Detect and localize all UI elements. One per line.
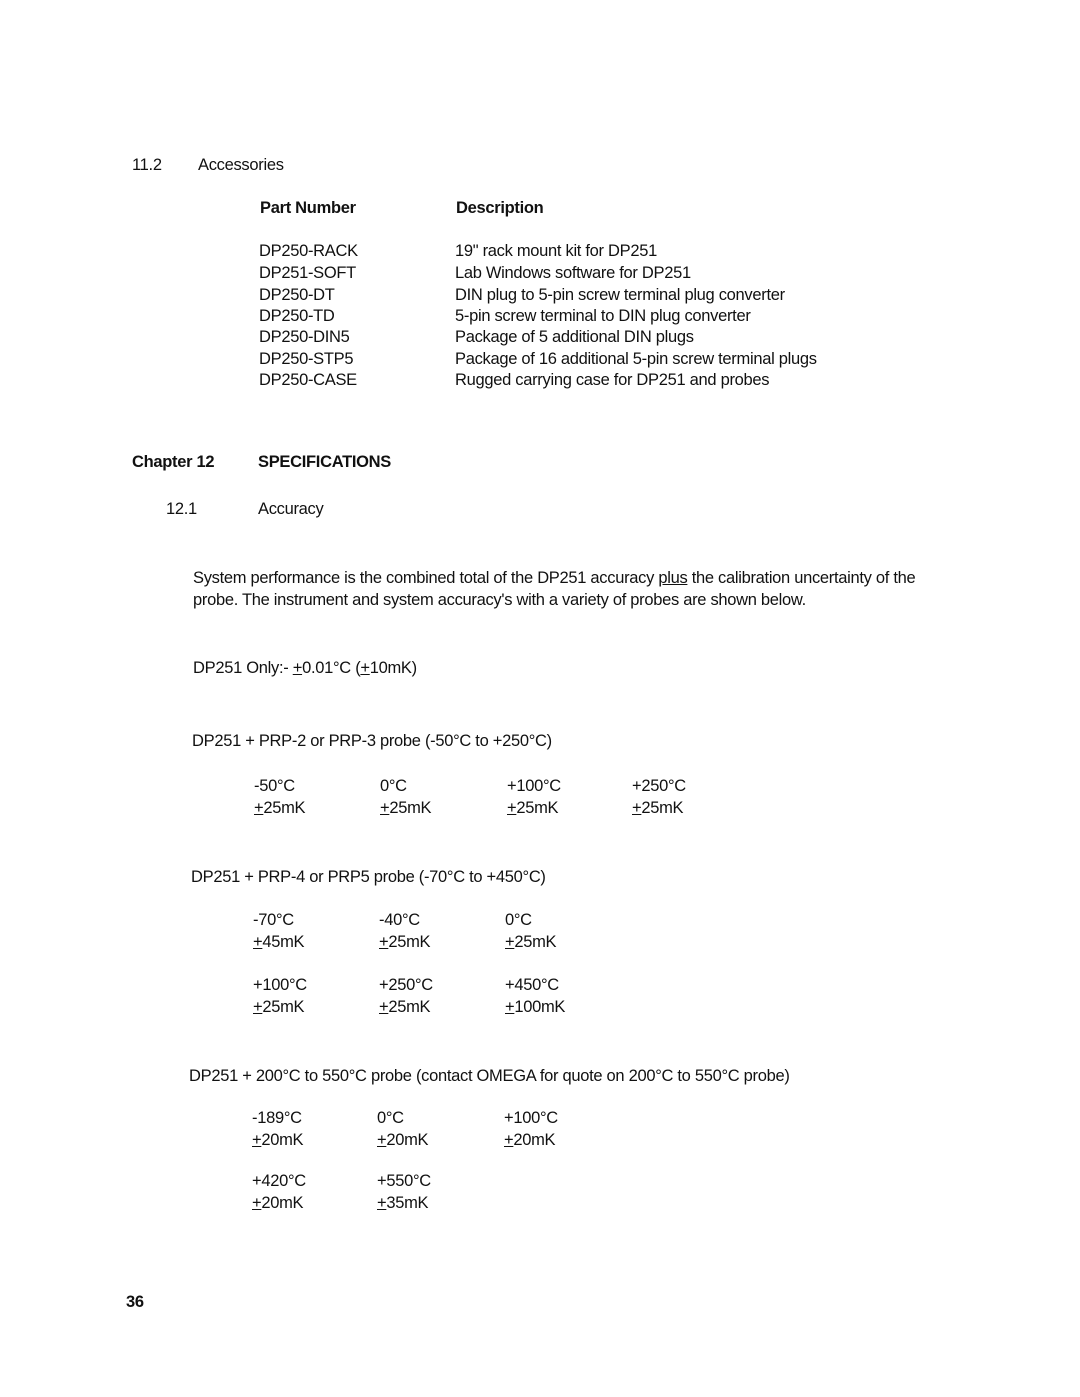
accuracy-number: 25mK: [514, 933, 556, 951]
temperature-point: -50°C: [254, 777, 295, 796]
probe-heading: DP251 + PRP-2 or PRP-3 probe (-50°C to +…: [192, 732, 552, 751]
dp251-only-accuracy: DP251 Only:- +0.01°C (+10mK): [193, 659, 417, 678]
temperature-point: +100°C: [253, 976, 307, 995]
plus-minus-symbol: +: [293, 659, 302, 677]
part-number: DP250-CASE: [259, 371, 357, 390]
accuracy-value: +25mK: [254, 799, 305, 818]
probe-heading: DP251 + 200°C to 550°C probe (contact OM…: [189, 1067, 790, 1086]
plus-minus-symbol: +: [252, 1194, 261, 1212]
accuracy-value: +25mK: [632, 799, 683, 818]
temperature-point: +100°C: [504, 1109, 558, 1128]
accuracy-value: +20mK: [504, 1131, 555, 1150]
temperature-point: +550°C: [377, 1172, 431, 1191]
accuracy-number: 35mK: [386, 1194, 428, 1212]
emphasis-plus: plus: [658, 569, 687, 587]
part-number: DP250-DT: [259, 286, 335, 305]
accuracy-number: 20mK: [261, 1131, 303, 1149]
temperature-point: +450°C: [505, 976, 559, 995]
temperature-point: +100°C: [507, 777, 561, 796]
plus-minus-symbol: +: [360, 659, 369, 677]
accuracy-value: +20mK: [252, 1194, 303, 1213]
accuracy-number: 25mK: [388, 998, 430, 1016]
page-number: 36: [126, 1293, 144, 1312]
value: 0.01°C (: [302, 659, 360, 677]
plus-minus-symbol: +: [254, 799, 263, 817]
plus-minus-symbol: +: [379, 998, 388, 1016]
chapter-title: SPECIFICATIONS: [258, 453, 391, 472]
accuracy-number: 20mK: [513, 1131, 555, 1149]
probe-heading: DP251 + PRP-4 or PRP5 probe (-70°C to +4…: [191, 868, 546, 887]
accuracy-number: 25mK: [388, 933, 430, 951]
plus-minus-symbol: +: [253, 998, 262, 1016]
plus-minus-symbol: +: [252, 1131, 261, 1149]
accuracy-number: 25mK: [641, 799, 683, 817]
accuracy-value: +25mK: [379, 933, 430, 952]
temperature-point: -70°C: [253, 911, 294, 930]
paragraph-line-2: probe. The instrument and system accurac…: [193, 591, 806, 610]
temperature-point: 0°C: [380, 777, 407, 796]
plus-minus-symbol: +: [504, 1131, 513, 1149]
section-number: 11.2: [132, 156, 162, 175]
accuracy-number: 25mK: [263, 799, 305, 817]
temperature-point: +420°C: [252, 1172, 306, 1191]
part-number: DP251-SOFT: [259, 264, 356, 283]
label: DP251 Only:-: [193, 659, 293, 677]
accuracy-number: 20mK: [386, 1131, 428, 1149]
section-title: Accessories: [198, 156, 284, 175]
accuracy-value: +20mK: [377, 1131, 428, 1150]
part-description: 5-pin screw terminal to DIN plug convert…: [455, 307, 751, 326]
part-number: DP250-TD: [259, 307, 335, 326]
accuracy-value: +45mK: [253, 933, 304, 952]
part-description: DIN plug to 5-pin screw terminal plug co…: [455, 286, 785, 305]
accuracy-value: +25mK: [379, 998, 430, 1017]
accuracy-value: +25mK: [505, 933, 556, 952]
plus-minus-symbol: +: [377, 1131, 386, 1149]
plus-minus-symbol: +: [380, 799, 389, 817]
accuracy-value: +25mK: [507, 799, 558, 818]
accuracy-value: +25mK: [380, 799, 431, 818]
part-description: Lab Windows software for DP251: [455, 264, 691, 283]
temperature-point: -189°C: [252, 1109, 302, 1128]
plus-minus-symbol: +: [253, 933, 262, 951]
part-description: 19" rack mount kit for DP251: [455, 242, 657, 261]
temperature-point: 0°C: [505, 911, 532, 930]
accuracy-number: 25mK: [516, 799, 558, 817]
part-description: Package of 16 additional 5-pin screw ter…: [455, 350, 817, 369]
accuracy-value: +35mK: [377, 1194, 428, 1213]
accuracy-number: 45mK: [262, 933, 304, 951]
temperature-point: +250°C: [632, 777, 686, 796]
accuracy-number: 25mK: [389, 799, 431, 817]
column-header-part-number: Part Number: [260, 199, 356, 218]
temperature-point: +250°C: [379, 976, 433, 995]
accuracy-value: +25mK: [253, 998, 304, 1017]
plus-minus-symbol: +: [505, 998, 514, 1016]
subsection-number: 12.1: [166, 500, 197, 519]
accuracy-number: 100mK: [514, 998, 565, 1016]
subsection-title: Accuracy: [258, 500, 323, 519]
temperature-point: -40°C: [379, 911, 420, 930]
plus-minus-symbol: +: [505, 933, 514, 951]
accuracy-number: 20mK: [261, 1194, 303, 1212]
plus-minus-symbol: +: [379, 933, 388, 951]
paragraph-text: the calibration uncertainty of the: [687, 569, 915, 587]
part-number: DP250-STP5: [259, 350, 353, 369]
accuracy-value: +100mK: [505, 998, 565, 1017]
part-description: Rugged carrying case for DP251 and probe…: [455, 371, 769, 390]
part-number: DP250-RACK: [259, 242, 358, 261]
value: 10mK): [370, 659, 417, 677]
chapter-label: Chapter 12: [132, 453, 214, 472]
part-number: DP250-DIN5: [259, 328, 350, 347]
paragraph-line-1: System performance is the combined total…: [193, 569, 915, 588]
paragraph-text: System performance is the combined total…: [193, 569, 658, 587]
plus-minus-symbol: +: [507, 799, 516, 817]
accuracy-value: +20mK: [252, 1131, 303, 1150]
plus-minus-symbol: +: [632, 799, 641, 817]
accuracy-number: 25mK: [262, 998, 304, 1016]
column-header-description: Description: [456, 199, 543, 218]
plus-minus-symbol: +: [377, 1194, 386, 1212]
temperature-point: 0°C: [377, 1109, 404, 1128]
part-description: Package of 5 additional DIN plugs: [455, 328, 694, 347]
